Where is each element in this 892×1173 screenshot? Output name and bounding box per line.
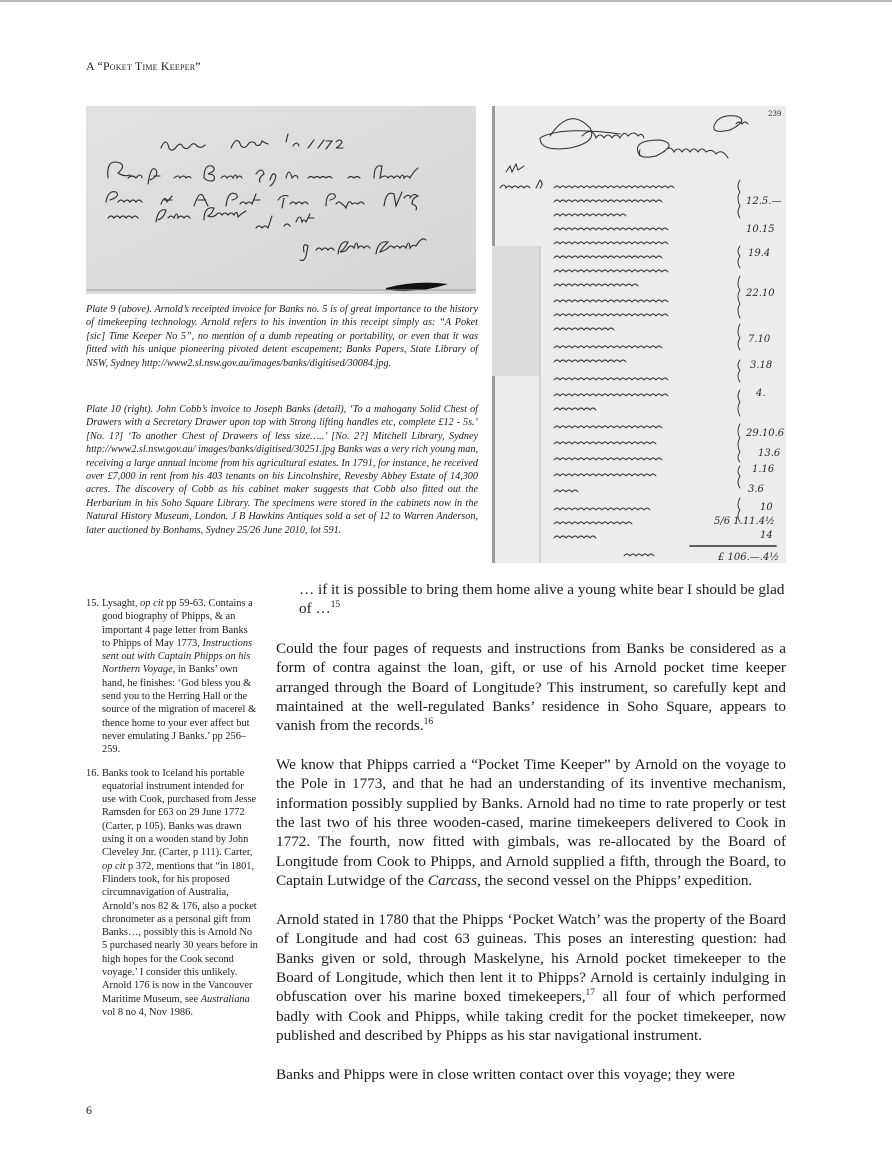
plate-10-invoice-image: 12.5.— 10.15 19.4 22.10 7.10 3.18 4. 29.… (492, 106, 786, 563)
page-number: 6 (86, 1103, 92, 1118)
running-head-suffix: ” (195, 59, 201, 73)
quote-text: … if it is possible to bring them home a… (299, 581, 785, 617)
running-head-prefix: A “ (86, 59, 103, 73)
paragraph-text: Could the four pages of requests and ins… (276, 640, 786, 735)
handwritten-ledger-illustration: 12.5.— 10.15 19.4 22.10 7.10 3.18 4. 29.… (492, 106, 786, 563)
footnote-text: p 372, mentions that “in 1801, Flinders … (102, 861, 258, 1005)
main-body-text: … if it is possible to bring them home a… (276, 580, 786, 1103)
paragraph-1: Could the four pages of requests and ins… (276, 639, 786, 736)
svg-text:7.10: 7.10 (748, 334, 771, 345)
paragraph-text: Banks and Phipps were in close written c… (276, 1066, 735, 1083)
handwriting-receipt-illustration (86, 106, 476, 294)
footnote-text: , in Banks’ own hand, he finishes: ‘God … (102, 664, 256, 755)
svg-text:4.: 4. (755, 388, 766, 399)
footnote-ref-16: 16 (424, 717, 434, 727)
plate-10-caption: Plate 10 (right). John Cobb’s invoice to… (86, 403, 478, 537)
svg-text:14: 14 (760, 530, 773, 541)
running-head-title: Poket Time Keeper (103, 59, 195, 73)
running-head: A “Poket Time Keeper” (86, 59, 201, 74)
footnote-italic-title: Australiana (201, 994, 250, 1005)
plate-9-caption-text: Plate 9 (above). Arnold’s receipted invo… (86, 303, 478, 370)
svg-text:1.16: 1.16 (752, 464, 775, 475)
svg-text:239: 239 (768, 110, 781, 118)
svg-text:£ 106.—.4½: £ 106.—.4½ (717, 552, 779, 563)
footnote-italic: op cit (102, 861, 125, 872)
paragraph-3: Arnold stated in 1780 that the Phipps ‘P… (276, 910, 786, 1046)
footnote-16: 16. Banks took to Iceland his portable e… (86, 767, 258, 1020)
plate-10-caption-text: Plate 10 (right). John Cobb’s invoice to… (86, 403, 478, 537)
svg-text:5/6 1.11.4½: 5/6 1.11.4½ (714, 516, 775, 527)
paragraph-text: We know that Phipps carried a “Pocket Ti… (276, 756, 786, 889)
footnote-ref-15: 15 (331, 600, 341, 610)
footnote-body: Lysaght, op cit pp 59-63. Contains a goo… (102, 597, 258, 757)
footnote-number: 15. (86, 597, 102, 757)
svg-text:19.4: 19.4 (748, 248, 770, 259)
footnote-15: 15. Lysaght, op cit pp 59-63. Contains a… (86, 597, 258, 757)
footnote-text: vol 8 no 4, Nov 1986. (102, 1007, 193, 1018)
svg-text:29.10.6: 29.10.6 (745, 428, 785, 439)
svg-text:10: 10 (760, 502, 773, 513)
footnote-text: Lysaght, (102, 598, 140, 609)
svg-text:13.6: 13.6 (758, 448, 781, 459)
top-rule (0, 0, 892, 2)
plate-9-receipt-image (86, 106, 476, 294)
paragraph-4: Banks and Phipps were in close written c… (276, 1065, 786, 1084)
svg-text:12.5.—: 12.5.— (746, 196, 781, 207)
svg-text:22.10: 22.10 (745, 288, 775, 299)
footnote-text: Banks took to Iceland his portable equat… (102, 768, 256, 859)
paragraph-2: We know that Phipps carried a “Pocket Ti… (276, 755, 786, 891)
footnote-ref-17: 17 (586, 988, 596, 998)
block-quote: … if it is possible to bring them home a… (276, 580, 786, 619)
svg-text:3.6: 3.6 (748, 484, 765, 495)
svg-text:3.18: 3.18 (750, 360, 772, 371)
sidebar-footnotes: 15. Lysaght, op cit pp 59-63. Contains a… (86, 597, 258, 1029)
svg-text:10.15: 10.15 (746, 224, 775, 235)
footnote-italic: op cit (140, 598, 163, 609)
plate-9-caption: Plate 9 (above). Arnold’s receipted invo… (86, 303, 478, 370)
paragraph-text: , the second vessel on the Phipps’ exped… (477, 872, 752, 889)
footnote-body: Banks took to Iceland his portable equat… (102, 767, 258, 1020)
ship-name-italic: Carcass (428, 872, 477, 889)
footnote-number: 16. (86, 767, 102, 1020)
